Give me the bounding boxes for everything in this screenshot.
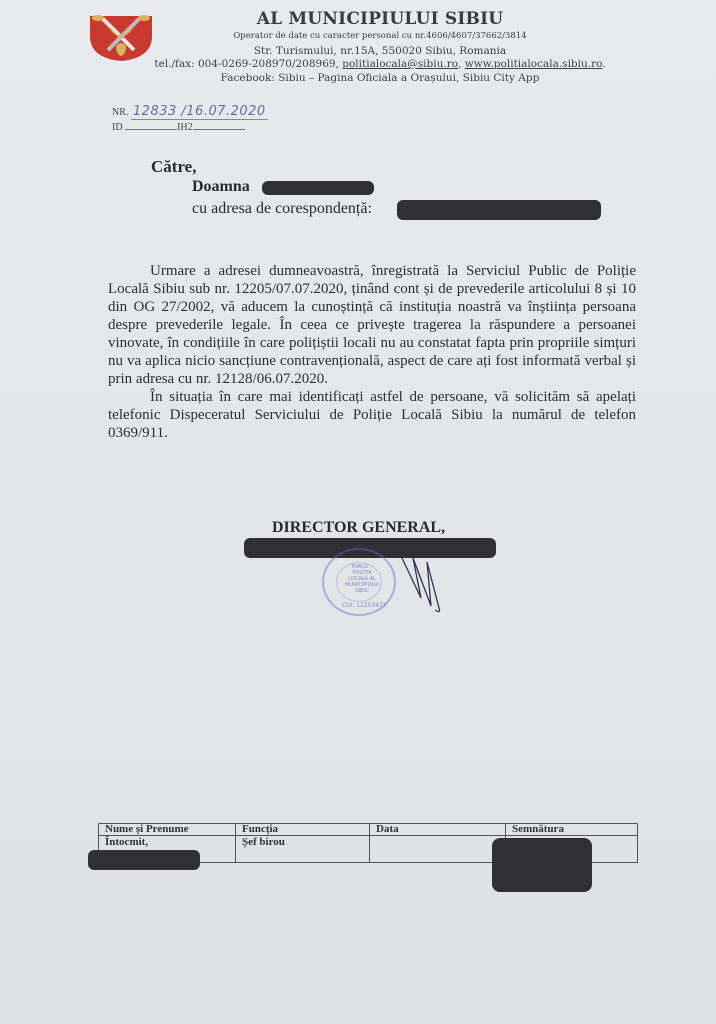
handwritten-signature-icon — [395, 548, 445, 614]
nr-handwritten-value: 12833 /16.07.2020 — [131, 104, 268, 120]
data-operator-line: Operator de date cu caracter personal cu… — [150, 31, 610, 41]
letterhead-address: Str. Turismului, nr.15A, 550020 Sibiu, R… — [150, 45, 610, 57]
id-line: ID IH2 — [112, 120, 245, 133]
address-label: cu adresa de corespondență: — [192, 200, 372, 218]
table-header-row: Nume și Prenume Funcția Data Semnătura — [99, 824, 638, 836]
official-stamp: PUBLIC · POLIȚIA LOCALĂ AL MUNICIPIULUI … — [322, 548, 396, 616]
stamp-text: PUBLIC · POLIȚIA LOCALĂ AL MUNICIPIULUI … — [342, 564, 382, 594]
letter-body: Urmare a adresei dumneavoastră, înregist… — [108, 262, 636, 442]
cell-date — [370, 836, 506, 863]
header-name: Nume și Prenume — [99, 824, 236, 836]
facebook-line: Facebook: Sibiu – Pagina Oficiala a Oraș… — [150, 72, 610, 84]
redacted-signature — [492, 838, 592, 892]
ih2-blank — [193, 120, 245, 130]
header-function: Funcția — [236, 824, 370, 836]
website-link[interactable]: www.politialocala.sibiu.ro — [465, 58, 603, 70]
salutation: Doamna — [192, 178, 250, 196]
letterhead-title: AL MUNICIPIULUI SIBIU — [180, 9, 580, 29]
sibiu-coat-of-arms-icon — [88, 14, 154, 62]
redacted-recipient-address — [397, 200, 601, 220]
header-signature: Semnătura — [506, 824, 638, 836]
id-blank — [125, 120, 177, 130]
signatory-title: DIRECTOR GENERAL, — [272, 519, 445, 537]
id-label: ID — [112, 122, 123, 133]
redacted-author-name — [88, 850, 200, 870]
letterhead-contact: tel./fax: 004-0269-208970/208969, politi… — [150, 58, 610, 70]
ih2-label: IH2 — [177, 122, 193, 133]
registration-number: NR. 12833 /16.07.2020 — [112, 104, 268, 119]
redacted-recipient-name — [262, 181, 374, 195]
header-date: Data — [370, 824, 506, 836]
body-paragraph: În situația în care mai identificați ast… — [108, 388, 636, 442]
email-link[interactable]: politialocala@sibiu.ro — [342, 58, 458, 70]
stamp-cui: CUI: 1225347? — [334, 602, 394, 609]
separator: , — [458, 58, 465, 70]
greeting: Către, — [151, 157, 196, 177]
cell-function: Șef birou — [236, 836, 370, 863]
body-paragraph: Urmare a adresei dumneavoastră, înregist… — [108, 262, 636, 388]
tel-fax: tel./fax: 004-0269-208970/208969, — [154, 58, 342, 70]
contact-suffix: . — [602, 58, 605, 70]
nr-label: NR. — [112, 107, 128, 118]
